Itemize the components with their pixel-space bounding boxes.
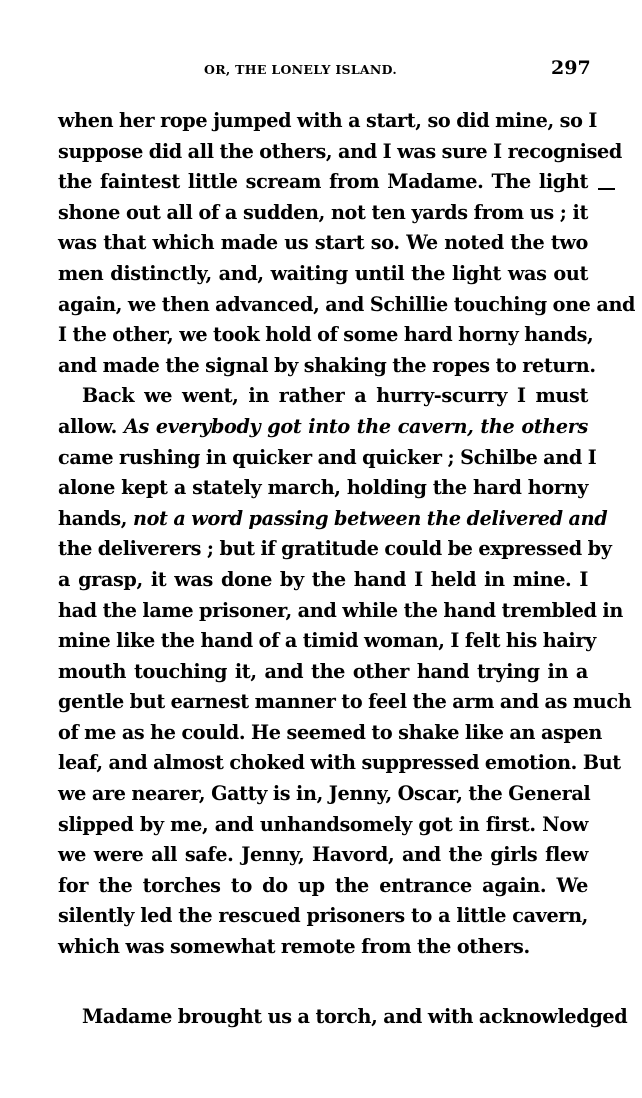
text-line: silently led the rescued prisoners to a … [58, 901, 588, 932]
text-line: of me as he could. He seemed to shake li… [58, 718, 588, 749]
text-line: which was somewhat remote from the other… [58, 932, 588, 963]
roman-text: allow. [58, 415, 124, 438]
text-line: alone kept a stately march, holding the … [58, 473, 588, 504]
italic-text: As everybody got into the cavern, the ot… [124, 415, 588, 438]
text-line: a grasp, it was done by the hand I held … [58, 565, 588, 596]
text-line: had the lame prisoner, and while the han… [58, 596, 588, 627]
text-line: mine like the hand of a timid woman, I f… [58, 626, 588, 657]
text-line: suppose did all the others, and I was su… [58, 137, 588, 168]
book-page: OR, THE LONELY ISLAND. 297 when her rope… [0, 0, 642, 1098]
text-line: we were all safe. Jenny, Havord, and the… [58, 840, 588, 871]
page-number: 297 [551, 57, 591, 79]
body-text: when her rope jumped with a start, so di… [58, 106, 588, 963]
text-line: again, we then advanced, and Schillie to… [58, 290, 588, 321]
text-line: slipped by me, and unhandsomely got in f… [58, 810, 588, 841]
text-line: the deliverers ; but if gratitude could … [58, 534, 588, 565]
text-line: when her rope jumped with a start, so di… [58, 106, 588, 137]
text-line: for the torches to do up the entrance ag… [58, 871, 588, 902]
text-line: gentle but earnest manner to feel the ar… [58, 687, 588, 718]
text-line: Madame brought us a torch, and with ackn… [82, 1002, 588, 1032]
text-line: men distinctly, and, waiting until the l… [58, 259, 588, 290]
text-line: mouth touching it, and the other hand tr… [58, 657, 588, 688]
text-line: hands, not a word passing between the de… [58, 504, 588, 535]
roman-text: hands, [58, 507, 133, 530]
text-line: and made the signal by shaking the ropes… [58, 351, 588, 382]
text-line: was that which made us start so. We note… [58, 228, 588, 259]
text-line: allow. As everybody got into the cavern,… [58, 412, 588, 443]
text-line: we are nearer, Gatty is in, Jenny, Oscar… [58, 779, 588, 810]
text-line: shone out all of a sudden, not ten yards… [58, 198, 588, 229]
text-line: the faintest little scream from Madame. … [58, 167, 588, 198]
text-line: Back we went, in rather a hurry-scurry I… [58, 381, 588, 412]
italic-text: not a word passing between the delivered… [133, 507, 607, 530]
text-line: leaf, and almost choked with suppressed … [58, 748, 588, 779]
text-line: came rushing in quicker and quicker ; Sc… [58, 443, 588, 474]
margin-mark [598, 188, 615, 190]
text-line: I the other, we took hold of some hard h… [58, 320, 588, 351]
running-head: OR, THE LONELY ISLAND. [204, 62, 397, 77]
